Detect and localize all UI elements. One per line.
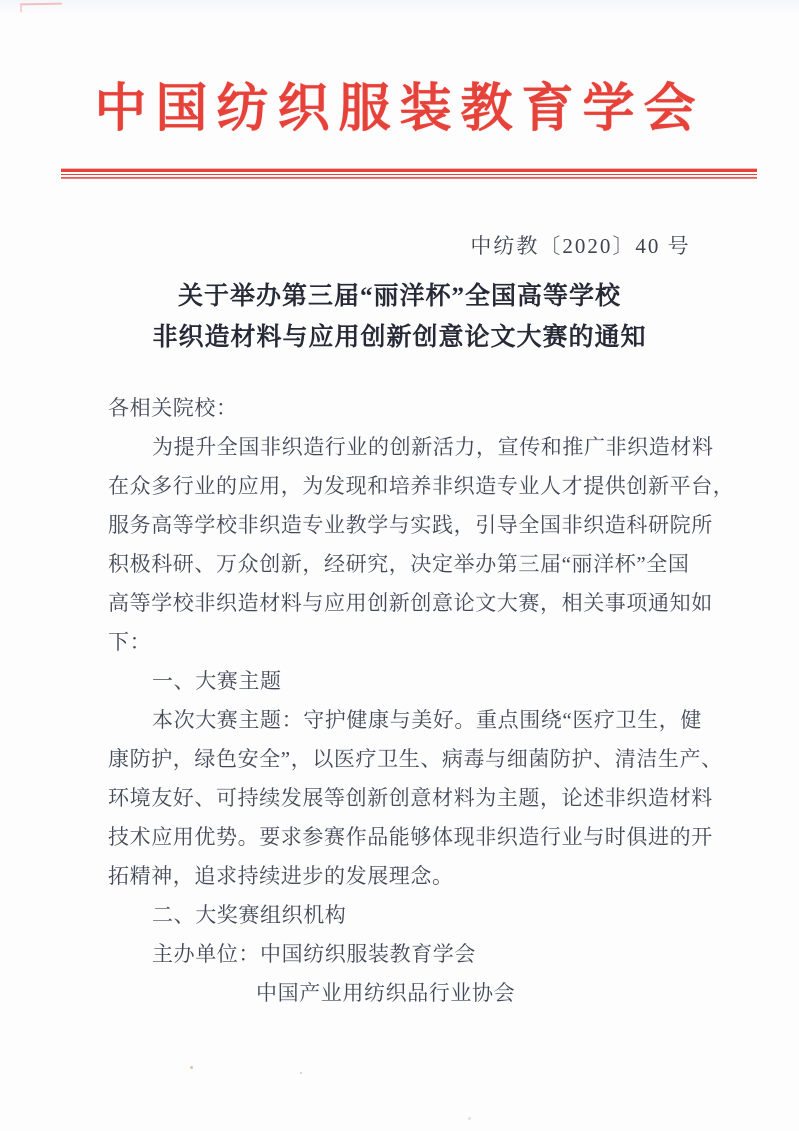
body-text-line: 为提升全国非织造行业的创新活力，宣传和推广非织造材料 [108,428,748,467]
divider-line-thin-2 [61,177,757,179]
body-text-line: 积极科研、万众创新，经研究，决定举办第三届“丽洋杯”全国 [108,545,748,584]
document-title-line2: 非织造材料与应用创新创意论文大赛的通知 [0,317,799,358]
document-title: 关于举办第三届“丽洋杯”全国高等学校 非织造材料与应用创新创意论文大赛的通知 [0,276,799,358]
body-text-line: 技术应用优势。要求参赛作品能够体现非织造行业与时俱进的开 [108,818,748,857]
body-text-line: 服务高等学校非织造专业教学与实践，引导全国非织造科研院所 [108,506,748,545]
divider-line-thick [61,169,757,172]
scan-artifact-mark [20,3,62,13]
scan-speck [190,1066,193,1069]
letterhead-org-name: 中国纺织服装教育学会 [0,78,799,142]
document-body: 各相关院校：为提升全国非织造行业的创新活力，宣传和推广非织造材料在众多行业的应用… [108,389,748,1013]
body-text-line: 拓精神，追求持续进步的发展理念。 [108,857,748,896]
body-text-line: 高等学校非织造材料与应用创新创意论文大赛，相关事项通知如 [108,584,748,623]
divider-line-thin-1 [61,174,757,175]
body-text-line: 主办单位：中国纺织服装教育学会 [108,935,748,974]
document-number: 中纺教〔2020〕40 号 [181,230,799,260]
body-text-line: 环境友好、可持续发展等创新创意材料为主题，论述非织造材料 [108,779,748,818]
body-text-line: 康防护，绿色安全”，以医疗卫生、病毒与细菌防护、清洁生产、 [108,740,748,779]
body-text-line: 在众多行业的应用，为发现和培养非织造专业人才提供创新平台， [108,467,748,506]
scan-speck [300,1072,302,1074]
body-text-line: 下： [108,623,748,662]
letterhead-divider [61,169,757,179]
scan-edge-shadow [0,0,799,14]
body-text-line: 一、大赛主题 [108,662,748,701]
body-text-line: 中国产业用纺织品行业协会 [108,974,748,1013]
body-text-line: 各相关院校： [108,389,748,428]
body-text-line: 本次大赛主题：守护健康与美好。重点围绕“医疗卫生，健 [108,701,748,740]
document-title-line1: 关于举办第三届“丽洋杯”全国高等学校 [0,276,799,317]
scanned-notice-page: 中国纺织服装教育学会 中纺教〔2020〕40 号 关于举办第三届“丽洋杯”全国高… [0,0,799,1131]
scan-speck [468,1117,471,1120]
body-text-line: 二、大奖赛组织机构 [108,896,748,935]
